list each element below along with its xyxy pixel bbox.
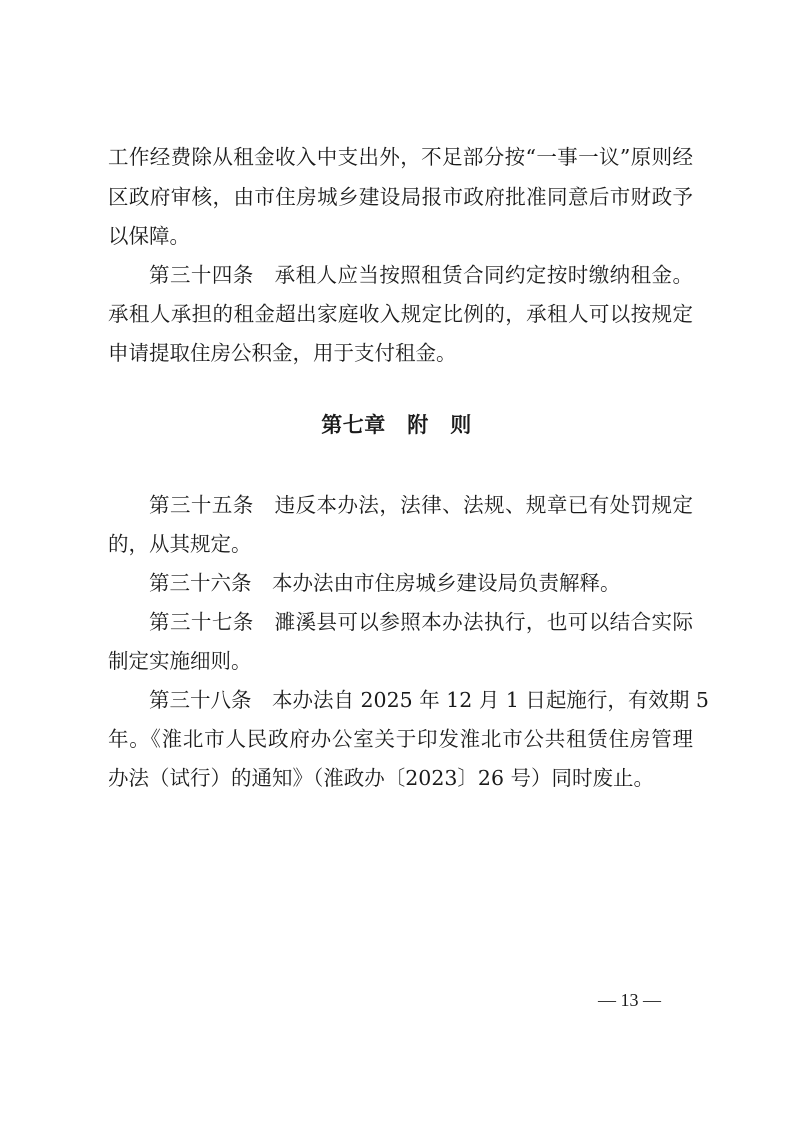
text-line: 以保障。 — [108, 222, 693, 250]
text-line: 工作经费除从租金收入中支出外，不足部分按“一事一议”原则经 — [108, 143, 693, 171]
chapter-heading: 第七章 附 则 — [0, 411, 793, 439]
text-line: 年。《淮北市人民政府办公室关于印发淮北市公共租赁住房管理 — [108, 725, 693, 753]
text-line: 区政府审核，由市住房城乡建设局报市政府批准同意后市财政予 — [108, 183, 693, 211]
text-line: 第三十六条 本办法由市住房城乡建设局负责解释。 — [149, 569, 693, 597]
text-line: 申请提取住房公积金，用于支付租金。 — [108, 339, 693, 367]
text-line: 制定实施细则。 — [108, 647, 693, 675]
text-line: 第三十七条 濉溪县可以参照本办法执行，也可以结合实际 — [149, 608, 693, 636]
text-line: 办法（试行）的通知》（淮政办〔2023〕26 号）同时废止。 — [108, 764, 693, 792]
text-line: 第三十五条 违反本办法，法律、法规、规章已有处罚规定 — [149, 491, 693, 519]
text-line: 第三十八条 本办法自 2025 年 12 月 1 日起施行，有效期 5 — [149, 686, 693, 714]
page-number: — 13 — — [598, 988, 661, 1012]
text-line: 承租人承担的租金超出家庭收入规定比例的，承租人可以按规定 — [108, 300, 693, 328]
text-line: 的，从其规定。 — [108, 530, 693, 558]
text-line: 第三十四条 承租人应当按照租赁合同约定按时缴纳租金。 — [149, 261, 693, 289]
